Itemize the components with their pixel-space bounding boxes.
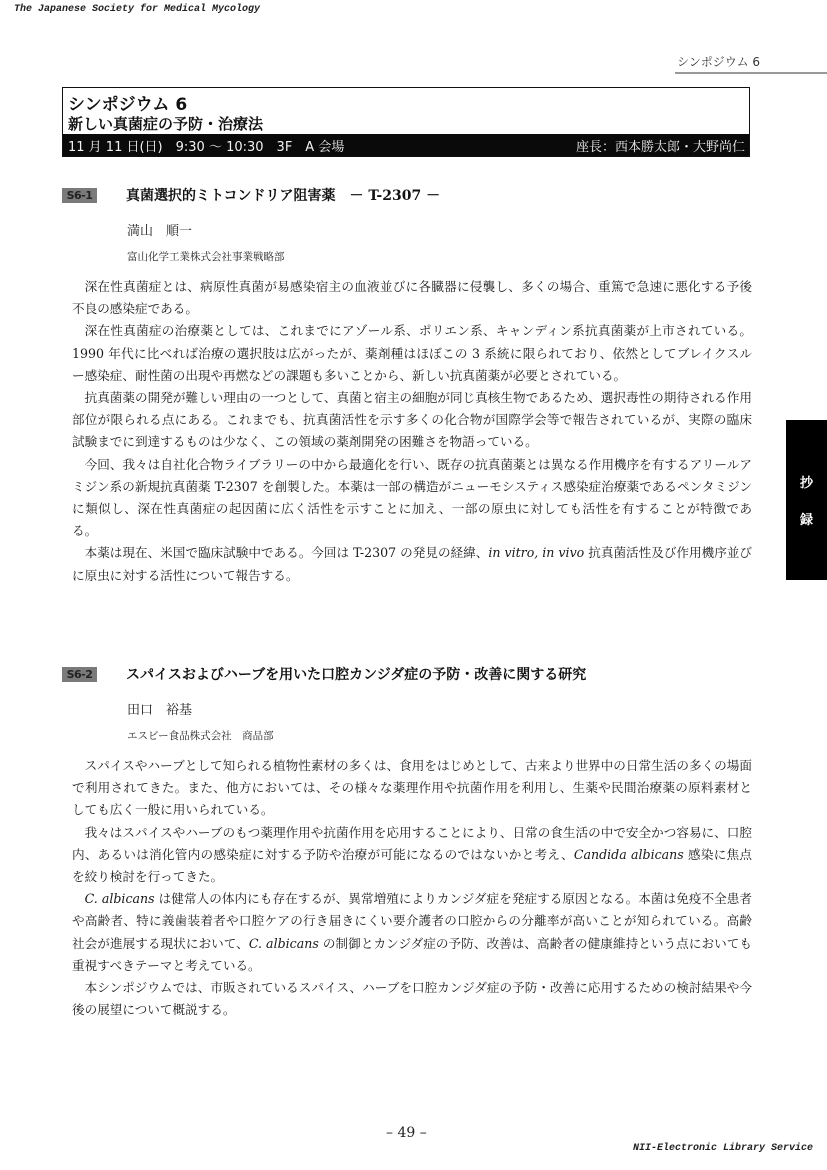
- abstract-id-badge: S6-2: [62, 667, 97, 682]
- abstract-affiliation: エスビー食品株式会社 商品部: [127, 728, 752, 743]
- abstract-heading: S6-2 スパイスおよびハーブを用いた口腔カンジダ症の予防・改善に関する研究: [62, 663, 752, 685]
- abstract-paragraph: 本シンポジウムでは、市販されているスパイス、ハーブを口腔カンジダ症の予防・改善に…: [72, 977, 752, 1021]
- abstract-s6-2: S6-2 スパイスおよびハーブを用いた口腔カンジダ症の予防・改善に関する研究 田…: [62, 663, 752, 1021]
- abstract-paragraph: C. albicans は健常人の体内にも存在するが、異常増殖によりカンジダ症を…: [72, 888, 752, 977]
- abstract-author: 田口 裕基: [127, 699, 752, 718]
- abstract-affiliation: 富山化学工業株式会社事業戦略部: [127, 249, 752, 264]
- italic-term: C. albicans: [85, 891, 155, 906]
- abstract-id-badge: S6-1: [62, 188, 97, 203]
- running-head: シンポジウム 6: [675, 53, 827, 74]
- side-tab-char: 抄: [800, 472, 813, 491]
- abstract-paragraph: 我々はスパイスやハーブのもつ薬理作用や抗菌作用を応用することにより、日常の食生活…: [72, 822, 752, 889]
- abstract-author: 満山 順一: [127, 220, 752, 239]
- society-watermark: The Japanese Society for Medical Mycolog…: [14, 4, 260, 15]
- session-chairs: 座長：西本勝太郎・大野尚仁: [576, 136, 745, 155]
- abstract-paragraph: 深在性真菌症の治療薬としては、これまでにアゾール系、ポリエン系、キャンディン系抗…: [72, 320, 752, 387]
- session-subtitle: 新しい真菌症の予防・治療法: [68, 113, 263, 134]
- session-info-bar: 11 月 11 日(日) 9:30 〜 10:30 3F A 会場 座長：西本勝…: [63, 134, 749, 156]
- italic-term: Candida albicans: [574, 847, 684, 862]
- session-datetime-venue: 11 月 11 日(日) 9:30 〜 10:30 3F A 会場: [68, 136, 344, 155]
- abstract-paragraph: 深在性真菌症とは、病原性真菌が易感染宿主の血液並びに各臓器に侵襲し、多くの場合、…: [72, 276, 752, 320]
- abstract-body: 深在性真菌症とは、病原性真菌が易感染宿主の血液並びに各臓器に侵襲し、多くの場合、…: [72, 276, 752, 587]
- session-title: シンポジウム 6: [68, 90, 187, 115]
- abstract-title: 真菌選択的ミトコンドリア阻害薬 － T-2307 －: [126, 185, 440, 205]
- abstract-paragraph: 抗真菌薬の開発が難しい理由の一つとして、真菌と宿主の細胞が同じ真核生物であるため…: [72, 387, 752, 454]
- session-header-box: シンポジウム 6 新しい真菌症の予防・治療法 11 月 11 日(日) 9:30…: [62, 87, 750, 157]
- italic-term: in vitro, in vivo: [488, 545, 584, 560]
- side-tab-char: 録: [800, 509, 813, 528]
- service-watermark: NII-Electronic Library Service: [633, 1143, 813, 1154]
- abstract-heading: S6-1 真菌選択的ミトコンドリア阻害薬 － T-2307 －: [62, 184, 752, 206]
- abstract-paragraph: 今回、我々は自社化合物ライブラリーの中から最適化を行い、既存の抗真菌薬とは異なる…: [72, 454, 752, 543]
- abstract-paragraph: 本薬は現在、米国で臨床試験中である。今回は T-2307 の発見の経緯、in v…: [72, 542, 752, 586]
- abstract-paragraph: スパイスやハーブとして知られる植物性素材の多くは、食用をはじめとして、古来より世…: [72, 755, 752, 822]
- abstract-body: スパイスやハーブとして知られる植物性素材の多くは、食用をはじめとして、古来より世…: [72, 755, 752, 1021]
- abstract-s6-1: S6-1 真菌選択的ミトコンドリア阻害薬 － T-2307 － 満山 順一 富山…: [62, 184, 752, 587]
- text-run: 本薬は現在、米国で臨床試験中である。今回は T-2307 の発見の経緯、: [85, 545, 489, 560]
- section-side-tab: 抄 録: [786, 420, 827, 580]
- abstract-title: スパイスおよびハーブを用いた口腔カンジダ症の予防・改善に関する研究: [126, 664, 586, 684]
- italic-term: C. albicans: [249, 936, 319, 951]
- page-number: – 49 –: [386, 1125, 427, 1141]
